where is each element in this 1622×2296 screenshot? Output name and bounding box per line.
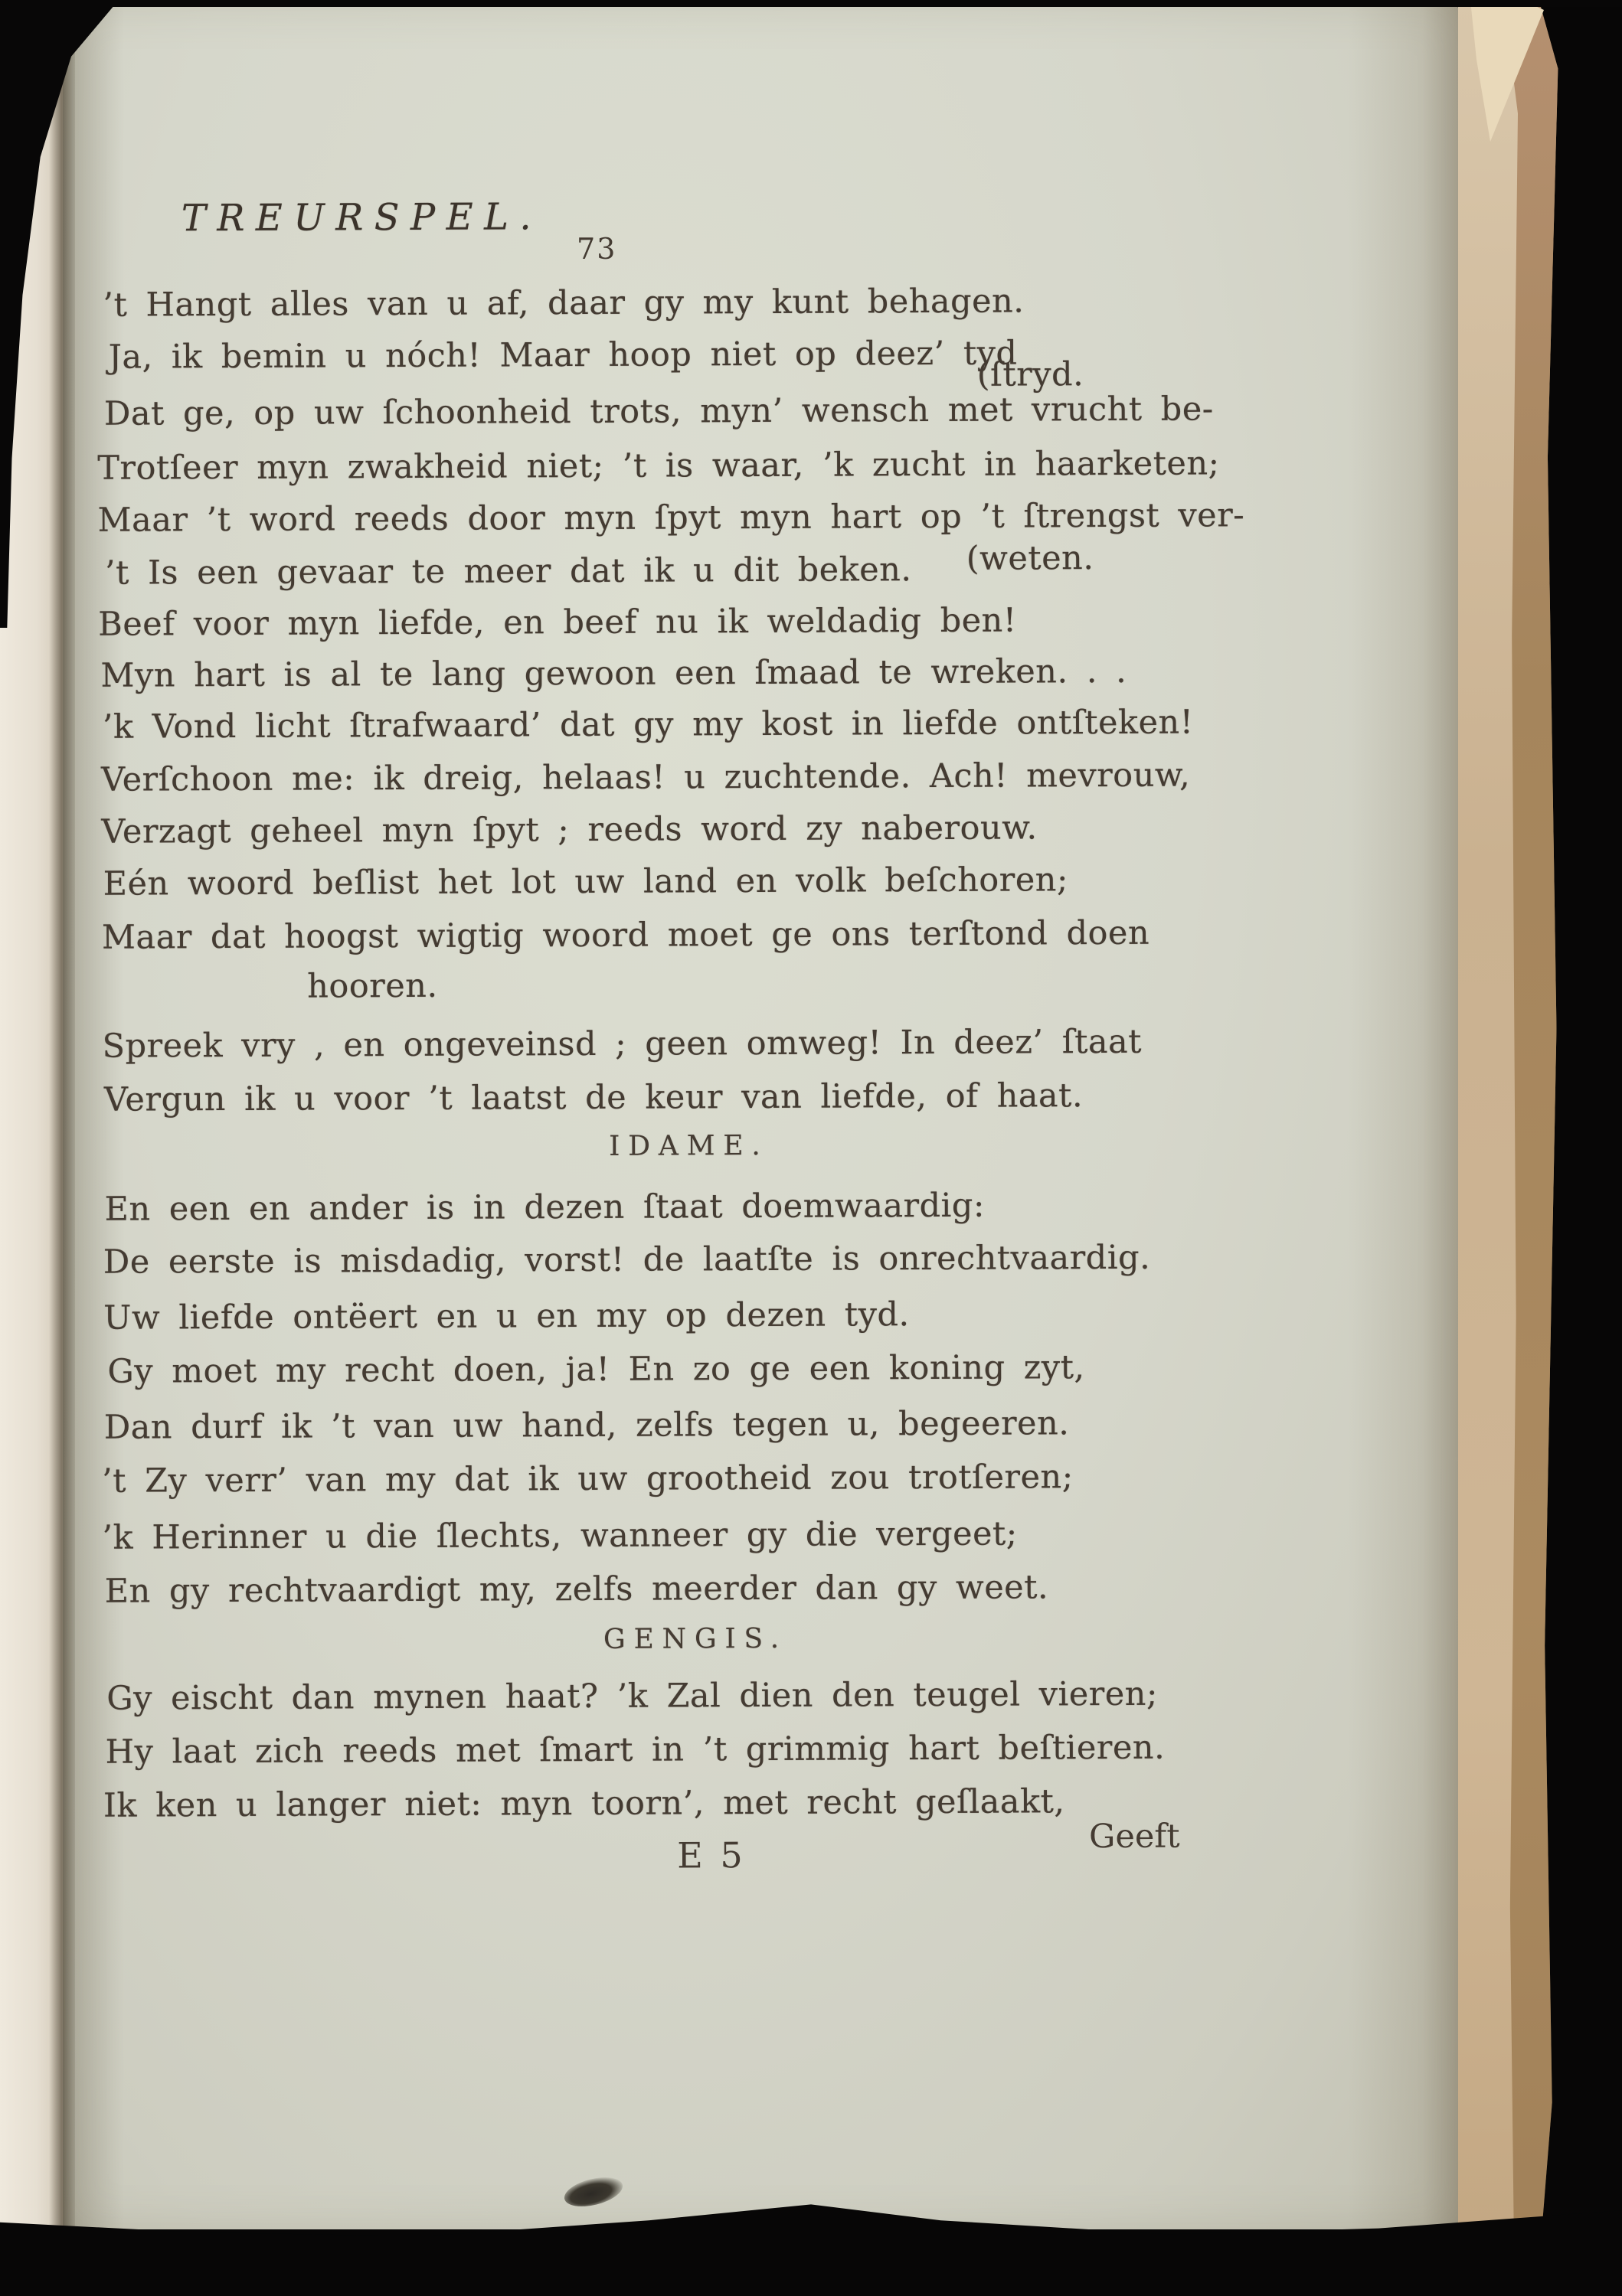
verse-line: Dat ge, op uw ſchoonheid trots, myn’ wen… (104, 390, 1214, 433)
verse-line: Eén woord beſlist het lot uw land en vol… (103, 861, 1068, 903)
turnover-word: (ſtryd. (977, 355, 1084, 394)
verse-line: Vergun ik u voor ’t laatst de keur van l… (104, 1076, 1083, 1119)
verse-line: En een en ander is in dezen ſtaat doemwa… (104, 1187, 985, 1229)
catchword: Geeft (1089, 1818, 1180, 1857)
speaker-heading-gengis: GENGIS. (603, 1623, 787, 1655)
verse-line: Myn hart is al te lang gewoon een ſmaad … (100, 652, 1127, 695)
verse-line: Hy laat zich reeds met ſmart in ’t grimm… (106, 1729, 1166, 1772)
verse-line: Maar dat hoogst wigtig woord moet ge ons… (102, 914, 1149, 957)
verse-line-turnover-indent: hooren. (307, 967, 438, 1006)
running-title: TREURSPEL. (181, 195, 542, 240)
verse-line: Verzagt geheel myn ſpyt ; reeds word zy … (101, 808, 1037, 851)
book-scan: { "page_header": { "title": "TREURSPEL."… (0, 0, 1622, 2296)
verse-line: Gy eischt dan mynen haat? ’k Zal dien de… (106, 1675, 1158, 1718)
signature-mark: E 5 (677, 1834, 746, 1876)
verse-line: ’t Hangt alles van u af, daar gy my kunt… (103, 283, 1024, 325)
top-edge-shadow (0, 0, 1622, 7)
verse-line: Maar ’t word reeds door myn ſpyt myn har… (97, 496, 1244, 540)
verse-line: Verſchoon me: ik dreig, helaas! u zuchte… (101, 756, 1190, 799)
speaker-heading-idame: IDAME. (609, 1130, 769, 1162)
verse-line: Gy moet my recht doen, ja! En zo ge een … (107, 1348, 1084, 1391)
fore-edge-inner (1458, 0, 1518, 2270)
verse-line: ’t Zy verr’ van my dat ik uw grootheid z… (102, 1458, 1074, 1501)
verse-line: ’k Herinner u die ſlechts, wanneer gy di… (102, 1515, 1018, 1557)
verse-line: Uw liefde ontëert en u en my op dezen ty… (103, 1295, 910, 1337)
scan-page: TREURSPEL. 73 ’t Hangt alles van u af, d… (63, 5, 1463, 2229)
verse-line: En gy rechtvaardigt my, zelfs meerder da… (105, 1568, 1049, 1610)
page-number: 73 (577, 232, 617, 266)
verse-line: ’k Vond licht ſtrafwaard’ dat gy my kost… (103, 704, 1194, 746)
verse-line: Ja, ik bemin u nóch! Maar hoop niet op d… (109, 335, 1018, 377)
verse-line: Ik ken u langer niet: myn toorn’, met re… (103, 1782, 1065, 1824)
verse-line: ’t Is een gevaar te meer dat ik u dit be… (105, 550, 912, 593)
verse-line: Trotſeer myn zwakheid niet; ’t is waar, … (97, 444, 1220, 487)
text-block: TREURSPEL. 73 ’t Hangt alles van u af, d… (58, 2, 1468, 2232)
verse-line: Spreek vry , en ongeveinsd ; geen omweg!… (102, 1023, 1142, 1066)
verse-line: Beef voor myn liefde, en beef nu ik weld… (98, 602, 1017, 644)
verse-line: De eerste is misdadig, vorst! de laatſte… (103, 1239, 1151, 1282)
turnover-word: (weten. (966, 539, 1094, 578)
verse-line: Dan durf ik ’t van uw hand, zelfs tegen … (104, 1404, 1070, 1447)
gutter-shadow (49, 0, 75, 2296)
